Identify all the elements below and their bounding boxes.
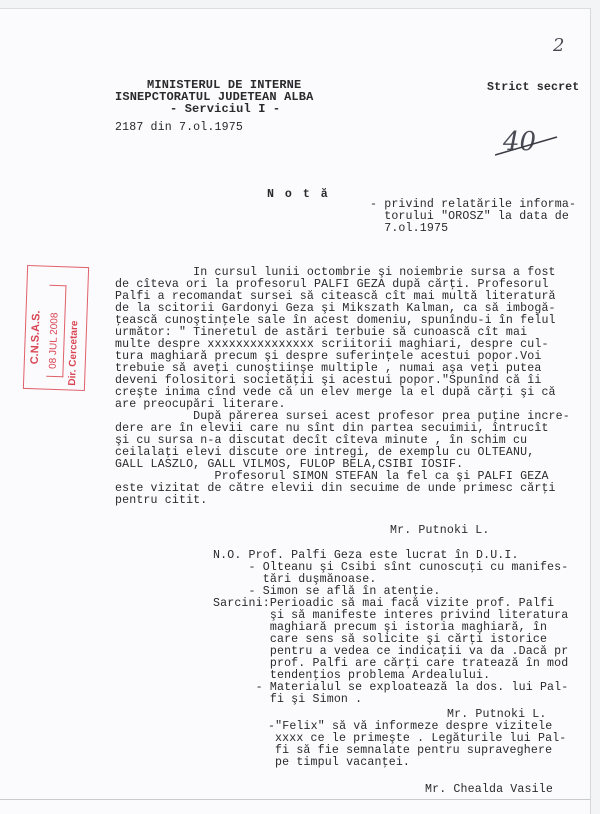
task-line: fi şi Simon .: [213, 693, 362, 706]
felix-line: pe timpul vacanţei.: [275, 756, 410, 769]
classification-label: Strict secret: [487, 81, 579, 94]
handwritten-page-number: 2: [553, 35, 564, 56]
cnsas-stamp: C.N.S.A.S. 08 JUL 2008 Dir. Cercetare: [23, 265, 89, 391]
document-reference: 2187 din 7.ol.1975: [115, 121, 243, 134]
handwritten-folio-number: 40: [503, 127, 536, 157]
signature-putnoki-1: Mr. Putnoki L.: [390, 524, 490, 537]
signature-chealda: Mr. Chealda Vasile: [425, 783, 553, 796]
stamp-department: Dir. Cercetare: [67, 320, 80, 385]
stamp-date: 08 JUL 2008: [48, 312, 61, 369]
note-title: N o t ă: [267, 188, 330, 201]
stamp-org: C.N.S.A.S.: [29, 310, 43, 364]
document-page: MINISTERUL DE INTERNE ISNEPCTORATUL JUDE…: [0, 8, 591, 814]
subject-line-3: 7.ol.1975: [370, 222, 448, 235]
p3-line: pentru citit.: [115, 494, 207, 507]
folio-strike-line: [495, 135, 565, 159]
page-edge-line: [0, 799, 590, 800]
service-header: - Serviciul I -: [170, 103, 280, 116]
